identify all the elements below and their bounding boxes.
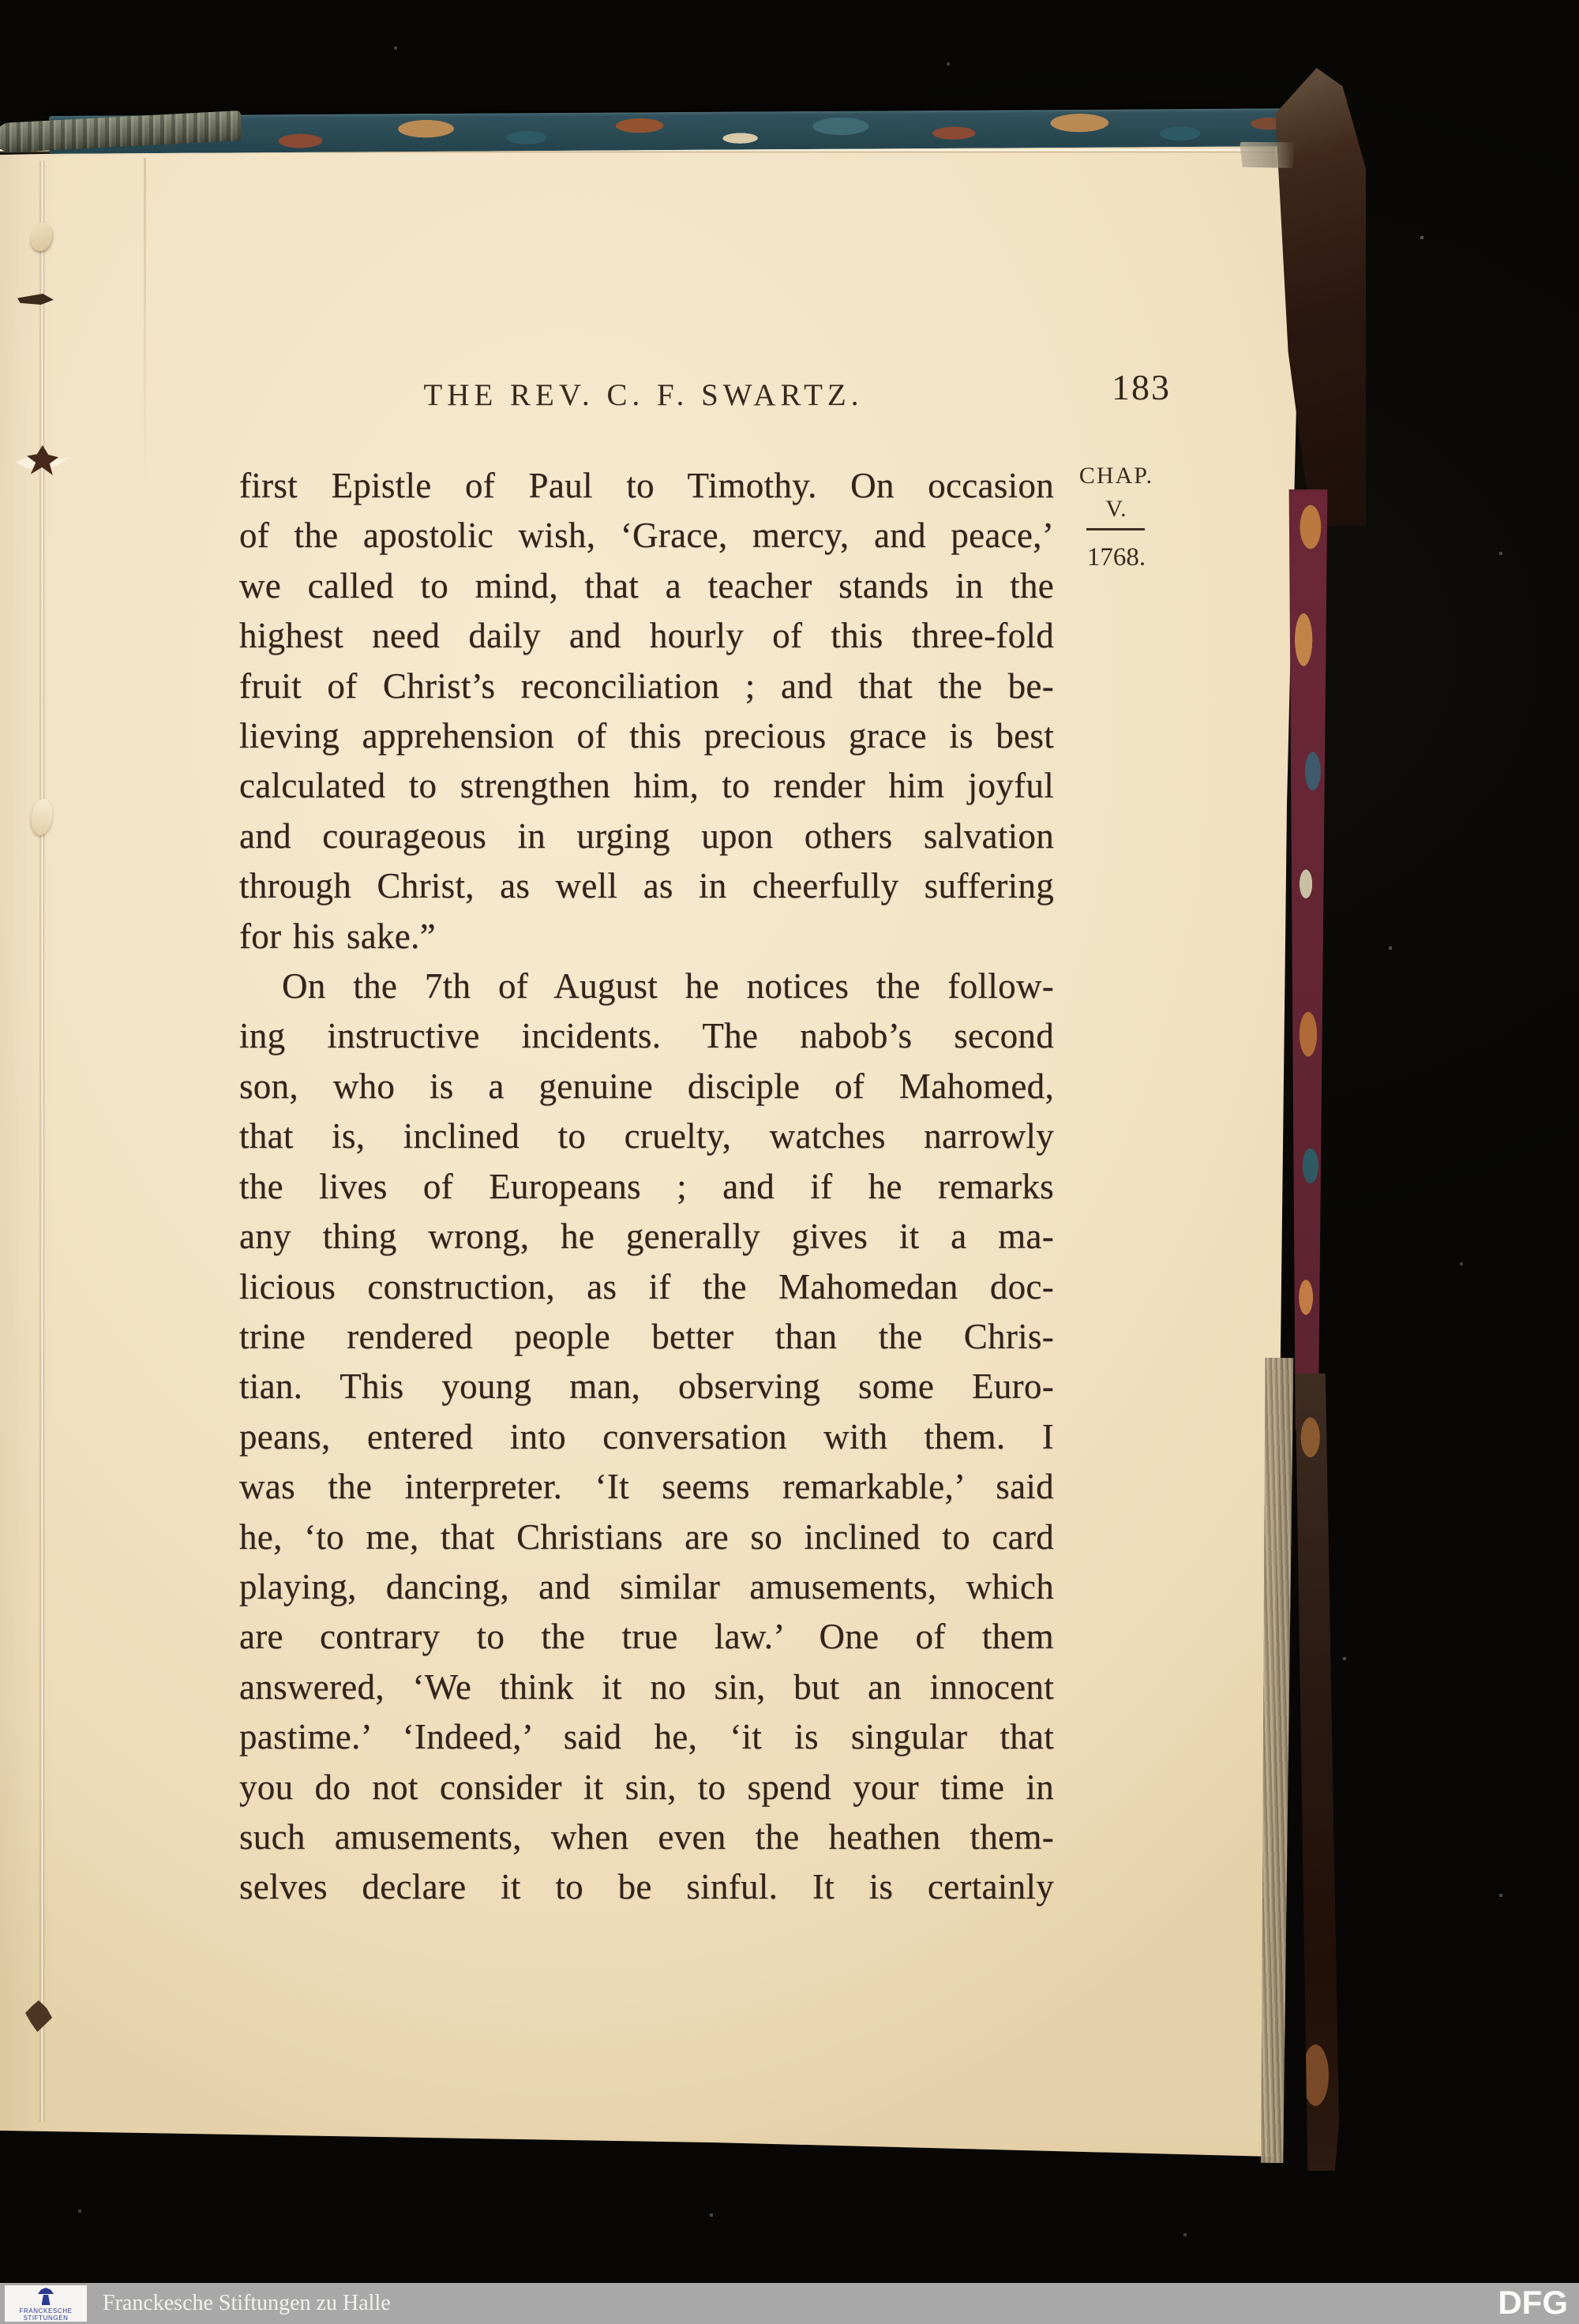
institution-label: Franckesche Stiftungen zu Halle	[103, 2291, 391, 2316]
franckesche-logo: FRANCKESCHE STIFTUNGEN	[5, 2285, 87, 2322]
sidenote-year: 1768.	[1067, 543, 1165, 572]
body-line: he, ‘to me, that Christians are so incli…	[239, 1512, 1054, 1562]
body-line: are contrary to the true law.’ One of th…	[239, 1612, 1054, 1662]
body-line: for his sake.”	[239, 912, 1054, 961]
body-line: we called to mind, that a teacher stands…	[239, 561, 1054, 611]
sidenote-chapter-numeral: V.	[1067, 496, 1165, 523]
body-line: the lives of Europeans ; and if he remar…	[239, 1162, 1054, 1212]
scanned-book-photo: THE REV. C. F. SWARTZ. 183 first Epistle…	[0, 0, 1579, 2324]
body-line: was the interpreter. ‘It seems remarkabl…	[239, 1462, 1054, 1512]
franckesche-logo-icon	[5, 2288, 87, 2305]
body-line: playing, dancing, and similar amusements…	[239, 1562, 1054, 1612]
running-title: THE REV. C. F. SWARTZ.	[237, 377, 1050, 413]
body-line: and courageous in urging upon others sal…	[239, 812, 1054, 861]
body-line: pastime.’ ‘Indeed,’ said he, ‘it is sing…	[239, 1712, 1054, 1762]
body-line: you do not consider it sin, to spend you…	[239, 1763, 1054, 1812]
dfg-logo: DFG	[1498, 2284, 1568, 2322]
body-text: first Epistle of Paul to Timothy. On occ…	[239, 461, 1054, 1913]
book-page: THE REV. C. F. SWARTZ. 183 first Epistle…	[0, 0, 1342, 2187]
logo-figure-shape	[42, 2295, 51, 2305]
body-line: peans, entered into conversation with th…	[239, 1412, 1054, 1462]
body-line: tian. This young man, observing some Eur…	[239, 1362, 1054, 1411]
logo-text-line1: FRANCKESCHE	[5, 2307, 87, 2315]
body-line: first Epistle of Paul to Timothy. On occ…	[239, 461, 1054, 511]
body-line: any thing wrong, he generally gives it a…	[239, 1212, 1054, 1261]
body-line: such amusements, when even the heathen t…	[239, 1812, 1054, 1862]
marbled-fore-edge	[1285, 489, 1331, 1429]
sewing-hole-upper	[21, 439, 65, 483]
sidenote-chapter: CHAP.	[1067, 463, 1165, 489]
page-number: 183	[1112, 366, 1198, 408]
watermark-bar: FRANCKESCHE STIFTUNGEN Franckesche Stift…	[0, 2283, 1579, 2324]
logo-text-line2: STIFTUNGEN	[5, 2315, 87, 2322]
body-line: that is, inclined to cruelty, watches na…	[239, 1111, 1054, 1161]
body-line: fruit of Christ’s reconciliation ; and t…	[239, 662, 1054, 711]
sidenote-rule	[1086, 528, 1145, 530]
logo-roof-shape	[38, 2288, 54, 2294]
body-line: of the apostolic wish, ‘Grace, mercy, an…	[239, 511, 1054, 560]
body-line: ing instructive incidents. The nabob’s s…	[239, 1011, 1054, 1061]
body-line: selves declare it to be sinful. It is ce…	[239, 1862, 1054, 1912]
body-line: through Christ, as well as in cheerfully…	[239, 861, 1054, 911]
body-line: calculated to strengthen him, to render …	[239, 761, 1054, 811]
body-line: trine rendered people better than the Ch…	[239, 1312, 1054, 1362]
body-line: licious construction, as if the Mahomeda…	[239, 1262, 1054, 1312]
body-line: highest need daily and hourly of this th…	[239, 611, 1054, 661]
leather-edge-lower-right	[1287, 1374, 1339, 2171]
paper-crease	[144, 158, 146, 497]
body-line: son, who is a genuine disciple of Mahome…	[239, 1062, 1054, 1111]
body-line: answered, ‘We think it no sin, but an in…	[239, 1662, 1054, 1712]
body-line: On the 7th of August he notices the foll…	[239, 961, 1054, 1011]
body-line: lieving apprehension of this precious gr…	[239, 711, 1054, 761]
